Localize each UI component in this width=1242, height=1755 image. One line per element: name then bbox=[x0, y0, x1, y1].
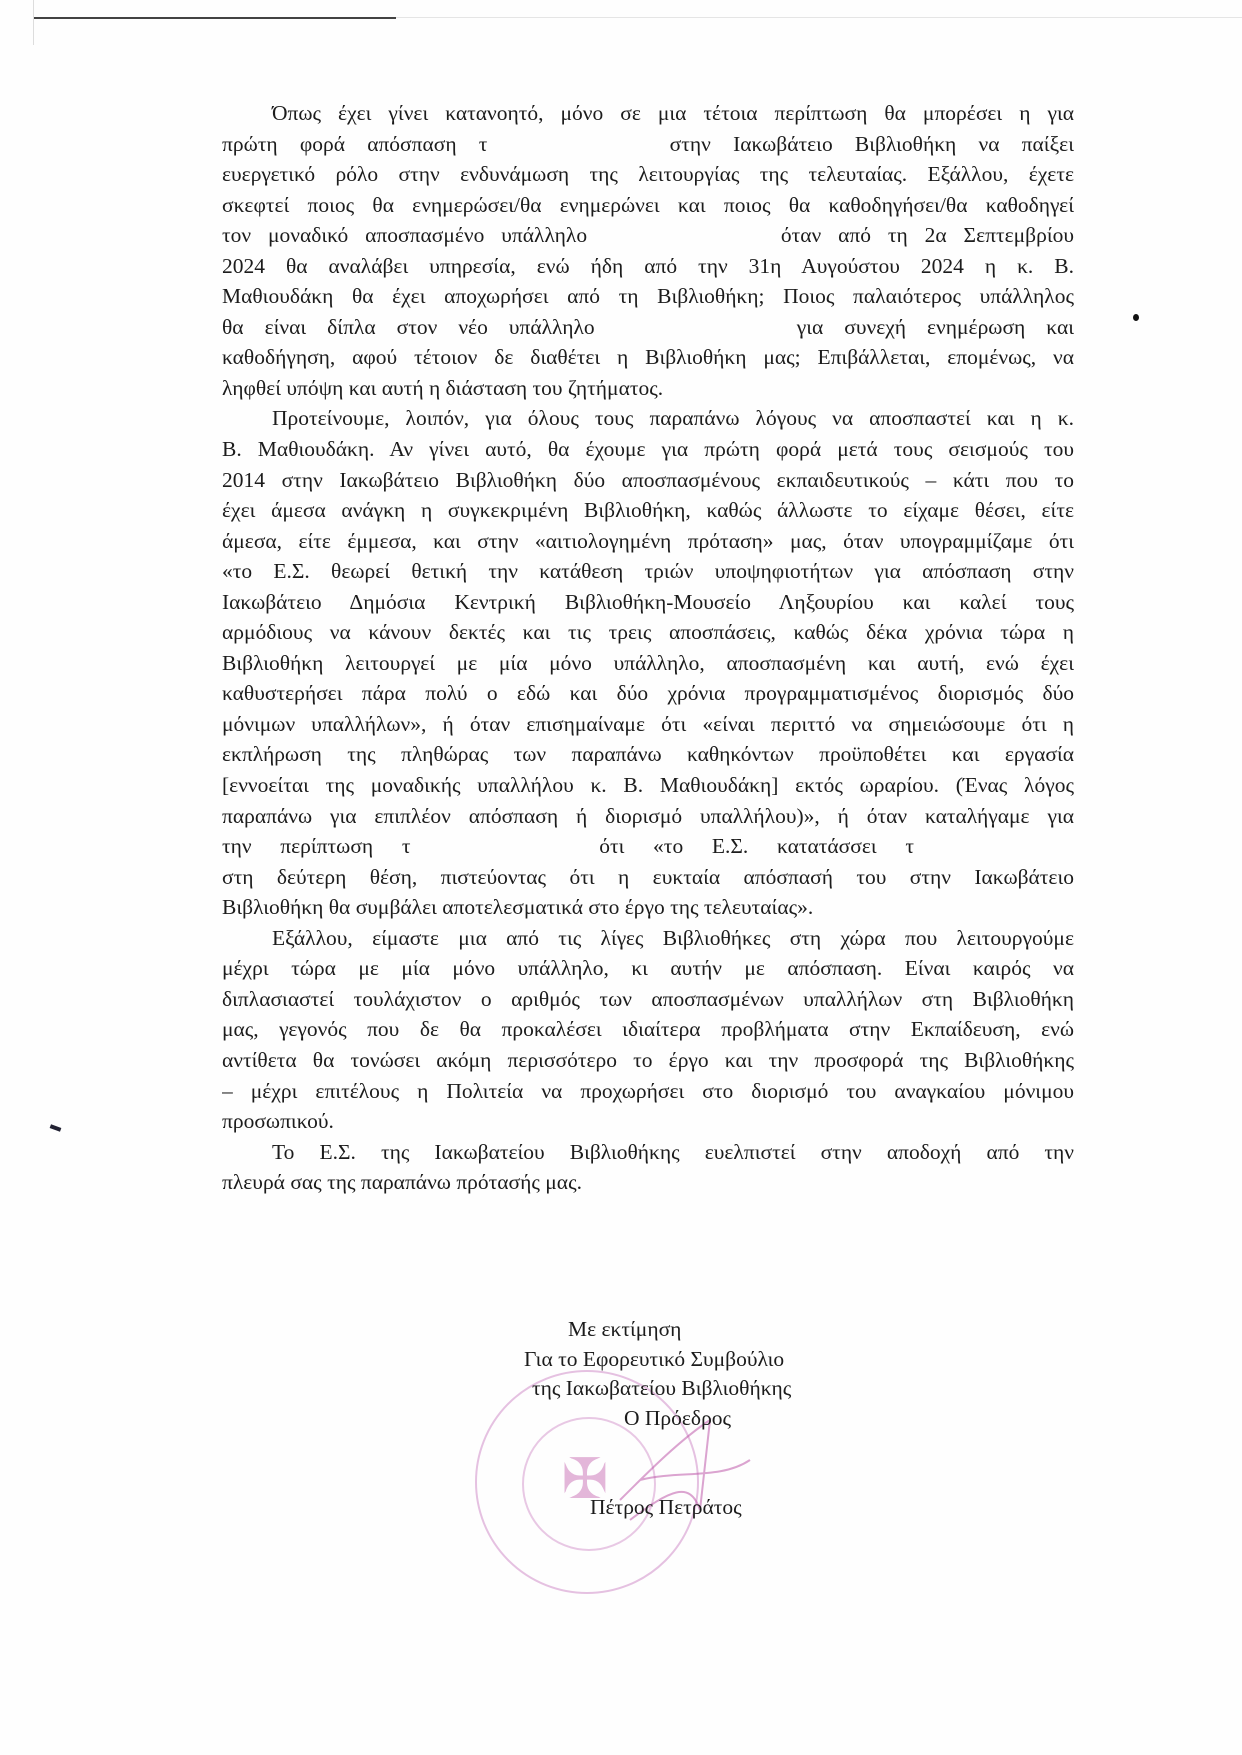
header-rule-faint bbox=[396, 17, 1242, 18]
scan-edge-line bbox=[33, 0, 34, 45]
paragraph-2-line: Βιβλιοθήκη λειτουργεί με μία μόνο υπάλλη… bbox=[222, 648, 1074, 679]
signature-block: Με εκτίμηση Για το Εφορευτικό Συμβούλιο … bbox=[520, 1315, 900, 1523]
paragraph-1-line: 2024 θα αναλάβει υπηρεσία, ενώ ήδη από τ… bbox=[222, 251, 1074, 282]
organization-line: της Ιακωβατείου Βιβλιοθήκης bbox=[520, 1374, 900, 1404]
paragraph-3-line: μας, γεγονός που δε θα προκαλέσει ιδιαίτ… bbox=[222, 1014, 1074, 1045]
paragraph-4-line: Το Ε.Σ. της Ιακωβατείου Βιβλιοθήκης ευελ… bbox=[222, 1137, 1074, 1168]
paragraph-2-line: καθυστερήσει πάρα πολύ ο εδώ και δύο χρό… bbox=[222, 678, 1074, 709]
paragraph-2-line: Προτείνουμε, λοιπόν, για όλους τους παρα… bbox=[222, 403, 1074, 434]
on-behalf-line: Για το Εφορευτικό Συμβούλιο bbox=[520, 1345, 900, 1375]
paragraph-2-line: αρμόδιους να κάνουν δεκτές και τις τρεις… bbox=[222, 617, 1074, 648]
paragraph-1-line: Όπως έχει γίνει κατανοητό, μόνο σε μια τ… bbox=[222, 98, 1074, 129]
paragraph-3-line: – μέχρι επιτέλους η Πολιτεία να προχωρήσ… bbox=[222, 1076, 1074, 1107]
paragraph-1-line: Μαθιουδάκη θα έχει αποχωρήσει από τη Βιβ… bbox=[222, 281, 1074, 312]
paragraph-3-line: Εξάλλου, είμαστε μια από τις λίγες Βιβλι… bbox=[222, 923, 1074, 954]
paragraph-1-line: ευεργετικό ρόλο στην ενδυνάμωση της λειτ… bbox=[222, 159, 1074, 190]
scan-speck bbox=[1133, 314, 1139, 321]
signatory-role: Ο Πρόεδρος bbox=[520, 1404, 900, 1434]
paragraph-2-line: Β. Μαθιουδάκη. Αν γίνει αυτό, θα έχουμε … bbox=[222, 434, 1074, 465]
paragraph-3-line: προσωπικού. bbox=[222, 1106, 1074, 1137]
paragraph-2-line: [εννοείται της μοναδικής υπαλλήλου κ. Β.… bbox=[222, 770, 1074, 801]
paragraph-2-line: εκπλήρωση της πληθώρας των παραπάνω καθη… bbox=[222, 739, 1074, 770]
header-rule bbox=[34, 17, 396, 19]
paragraph-2-line: «το Ε.Σ. θεωρεί θετική την κατάθεση τριώ… bbox=[222, 556, 1074, 587]
paragraph-1-line: τον μοναδικό αποσπασμένο υπάλληλο όταν α… bbox=[222, 220, 1074, 251]
scanned-letter-page: Όπως έχει γίνει κατανοητό, μόνο σε μια τ… bbox=[0, 0, 1242, 1755]
paragraph-1-line: θα είναι δίπλα στον νέο υπάλληλο για συν… bbox=[222, 312, 1074, 343]
closing-salutation: Με εκτίμηση bbox=[520, 1315, 900, 1345]
paragraph-3-line: διπλασιαστεί τουλάχιστον ο αριθμός των α… bbox=[222, 984, 1074, 1015]
paragraph-2-line: παραπάνω για επιπλέον απόσπαση ή διορισμ… bbox=[222, 801, 1074, 832]
paragraph-2-line: 2014 στην Ιακωβάτειο Βιβλιοθήκη δύο αποσ… bbox=[222, 465, 1074, 496]
paragraph-2-line: έχει άμεσα ανάγκη η συγκεκριμένη Βιβλιοθ… bbox=[222, 495, 1074, 526]
paragraph-3-line: αντίθετα θα τονώσει ακόμη περισσότερο το… bbox=[222, 1045, 1074, 1076]
paragraph-4-line: πλευρά σας της παραπάνω πρότασής μας. bbox=[222, 1167, 1074, 1198]
paragraph-1-line: καθοδήγηση, αφού τέτοιον δε διαθέτει η Β… bbox=[222, 342, 1074, 373]
signatory-name: Πέτρος Πετράτος bbox=[520, 1493, 900, 1523]
letter-body: Όπως έχει γίνει κατανοητό, μόνο σε μια τ… bbox=[222, 98, 1074, 1198]
paragraph-2-line: στη δεύτερη θέση, πιστεύοντας ότι η ευκτ… bbox=[222, 862, 1074, 893]
paragraph-1-line: πρώτη φορά απόσπαση τ στην Ιακωβάτειο Βι… bbox=[222, 129, 1074, 160]
paragraph-2-line: μόνιμων υπαλλήλων», ή όταν επισημαίναμε … bbox=[222, 709, 1074, 740]
signature-space bbox=[520, 1433, 900, 1493]
paragraph-1-line: ληφθεί υπόψη και αυτή η διάσταση του ζητ… bbox=[222, 373, 1074, 404]
margin-mark bbox=[50, 1124, 62, 1132]
paragraph-2-line: Ιακωβάτειο Δημόσια Κεντρική Βιβλιοθήκη-Μ… bbox=[222, 587, 1074, 618]
paragraph-2-line: την περίπτωση τ ότι «το Ε.Σ. κατατάσσει … bbox=[222, 831, 1074, 862]
paragraph-2-line: Βιβλιοθήκη θα συμβάλει αποτελεσματικά στ… bbox=[222, 892, 1074, 923]
paragraph-1-line: σκεφτεί ποιος θα ενημερώσει/θα ενημερώνε… bbox=[222, 190, 1074, 221]
paragraph-3-line: μέχρι τώρα με μία μόνο υπάλληλο, κι αυτή… bbox=[222, 953, 1074, 984]
paragraph-2-line: άμεσα, είτε έμμεσα, και στην «αιτιολογημ… bbox=[222, 526, 1074, 557]
